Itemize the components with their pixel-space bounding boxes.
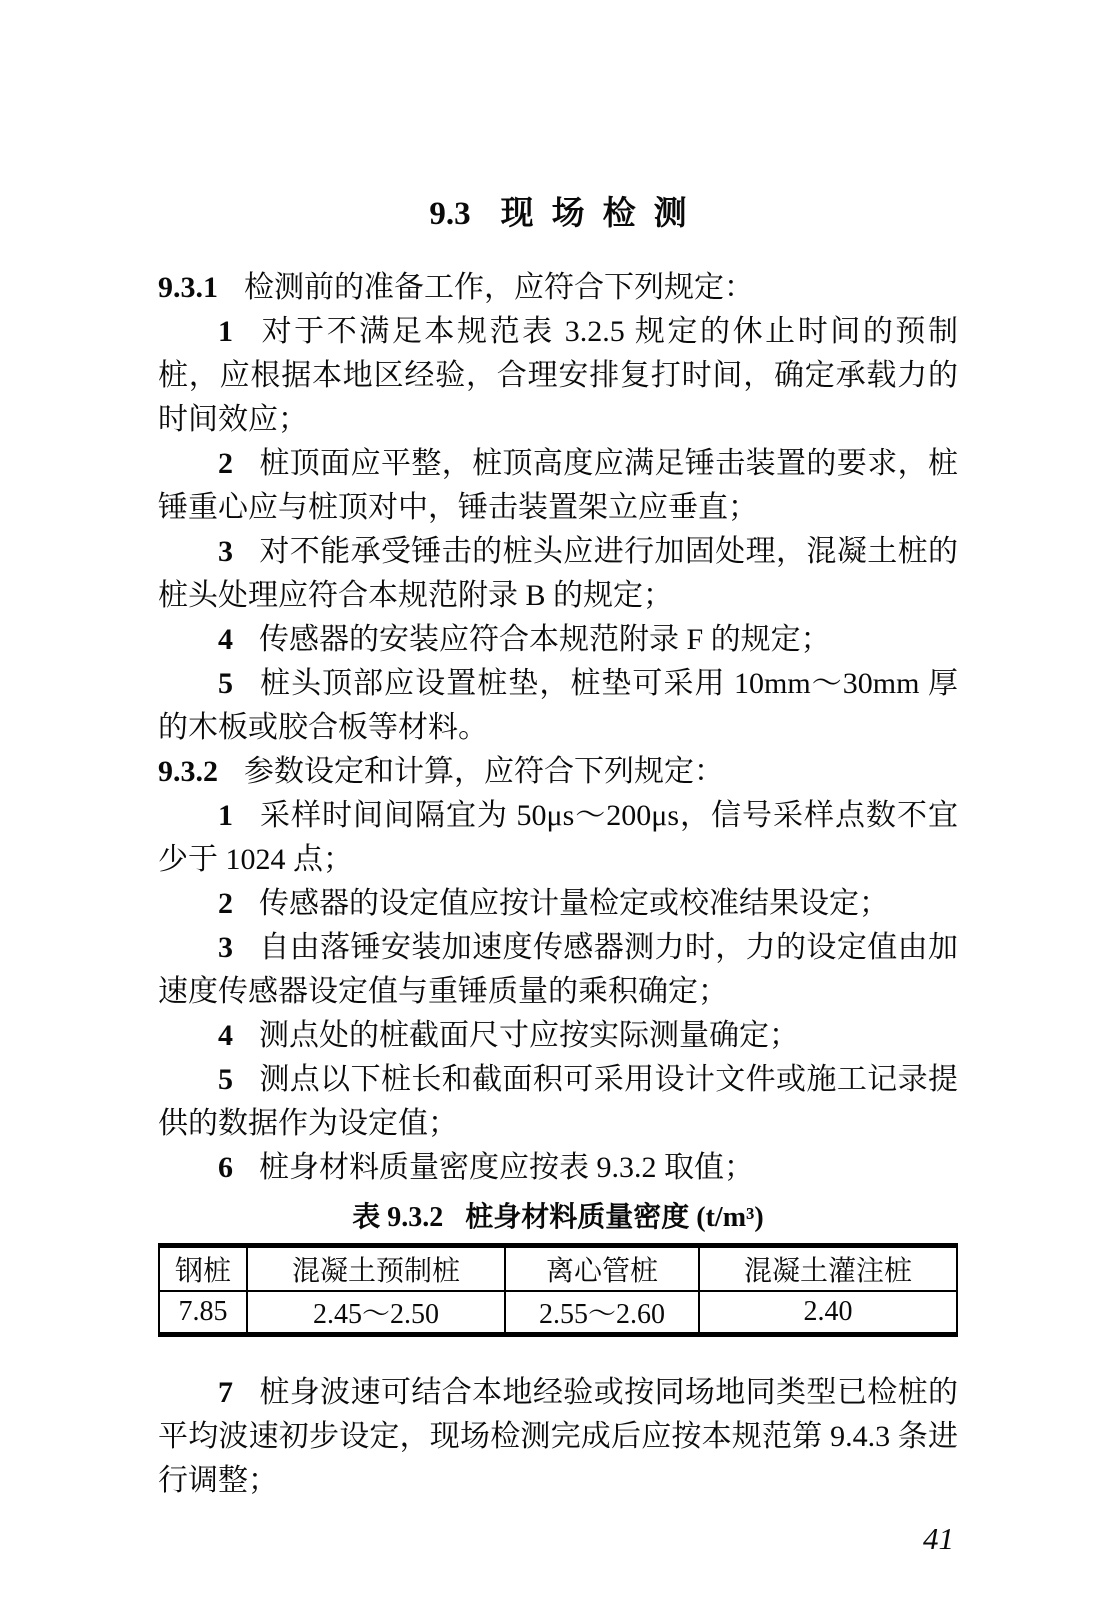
clause-number: 9.3.2 <box>158 755 218 788</box>
item-number: 6 <box>218 1151 233 1184</box>
item-number: 3 <box>218 931 233 964</box>
section-title-text: 现场检测 <box>501 196 705 232</box>
item-number: 1 <box>218 799 233 832</box>
item-paragraph: 5桩头顶部应设置桩垫，桩垫可采用 10mm～30mm 厚的木板或胶合板等材料。 <box>158 662 958 750</box>
document-page-content: 9.3现场检测 9.3.1检测前的准备工作，应符合下列规定： 1对于不满足本规范… <box>158 196 958 1559</box>
density-table-value-cell: 7.85 <box>159 1291 247 1335</box>
item-paragraph: 4测点处的桩截面尺寸应按实际测量确定； <box>158 1014 958 1058</box>
item-text: 桩身材料质量密度应按表 9.3.2 取值； <box>259 1151 754 1184</box>
density-table-value-cell: 2.40 <box>699 1291 957 1335</box>
table-caption-title: 桩身材料质量密度 (t/m³) <box>465 1202 763 1233</box>
item-paragraph: 7桩身波速可结合本地经验或按同场地同类型已检桩的平均波速初步设定，现场检测完成后… <box>158 1371 958 1503</box>
item-paragraph: 2桩顶面应平整，桩顶高度应满足锤击装置的要求，桩锤重心应与桩顶对中，锤击装置架立… <box>158 442 958 530</box>
density-table-value-cell: 2.55～2.60 <box>505 1291 699 1335</box>
item-paragraph: 2传感器的设定值应按计量检定或校准结果设定； <box>158 882 958 926</box>
item-text: 对不能承受锤击的桩头应进行加固处理，混凝土桩的桩头处理应符合本规范附录 B 的规… <box>158 535 958 612</box>
item-paragraph: 5测点以下桩长和截面积可采用设计文件或施工记录提供的数据作为设定值； <box>158 1058 958 1146</box>
density-table-header-cell: 混凝土灌注桩 <box>699 1246 957 1292</box>
item-text: 传感器的安装应符合本规范附录 F 的规定； <box>259 623 831 656</box>
section-title: 9.3现场检测 <box>158 196 958 232</box>
item-text: 测点处的桩截面尺寸应按实际测量确定； <box>259 1019 799 1052</box>
density-table-value-cell: 2.45～2.50 <box>247 1291 505 1335</box>
item-number: 4 <box>218 623 233 656</box>
clause-number: 9.3.1 <box>158 271 218 304</box>
item-number: 4 <box>218 1019 233 1052</box>
item-text: 采样时间间隔宜为 50μs～200μs，信号采样点数不宜少于 1024 点； <box>158 799 958 876</box>
table-caption-label: 表 9.3.2 <box>352 1202 443 1233</box>
item-number: 5 <box>218 667 233 700</box>
item-number: 2 <box>218 447 233 480</box>
item-text: 对于不满足本规范表 3.2.5 规定的休止时间的预制桩，应根据本地区经验，合理安… <box>158 315 958 436</box>
item-text: 桩头顶部应设置桩垫，桩垫可采用 10mm～30mm 厚的木板或胶合板等材料。 <box>158 667 958 744</box>
item-paragraph: 3对不能承受锤击的桩头应进行加固处理，混凝土桩的桩头处理应符合本规范附录 B 的… <box>158 530 958 618</box>
section-title-number: 9.3 <box>429 196 470 232</box>
density-table: 钢桩 混凝土预制桩 离心管桩 混凝土灌注桩 7.85 2.45～2.50 2.5… <box>158 1243 958 1337</box>
item-paragraph: 4传感器的安装应符合本规范附录 F 的规定； <box>158 618 958 662</box>
item-number: 3 <box>218 535 233 568</box>
item-text: 自由落锤安装加速度传感器测力时，力的设定值由加速度传感器设定值与重锤质量的乘积确… <box>158 931 958 1008</box>
item-paragraph: 3自由落锤安装加速度传感器测力时，力的设定值由加速度传感器设定值与重锤质量的乘积… <box>158 926 958 1014</box>
item-paragraph: 1采样时间间隔宜为 50μs～200μs，信号采样点数不宜少于 1024 点； <box>158 794 958 882</box>
density-table-header-cell: 钢桩 <box>159 1246 247 1292</box>
clause-paragraph: 9.3.2参数设定和计算，应符合下列规定： <box>158 750 958 794</box>
item-text: 测点以下桩长和截面积可采用设计文件或施工记录提供的数据作为设定值； <box>158 1063 958 1140</box>
item-text: 桩身波速可结合本地经验或按同场地同类型已检桩的平均波速初步设定，现场检测完成后应… <box>158 1376 958 1497</box>
clause-text: 检测前的准备工作，应符合下列规定： <box>244 271 754 304</box>
item-paragraph: 1对于不满足本规范表 3.2.5 规定的休止时间的预制桩，应根据本地区经验，合理… <box>158 310 958 442</box>
table-caption: 表 9.3.2桩身材料质量密度 (t/m³) <box>158 1202 958 1234</box>
page-number: 41 <box>158 1519 958 1559</box>
item-text: 桩顶面应平整，桩顶高度应满足锤击装置的要求，桩锤重心应与桩顶对中，锤击装置架立应… <box>158 447 958 524</box>
item-number: 2 <box>218 887 233 920</box>
item-number: 1 <box>218 315 233 348</box>
item-number: 7 <box>218 1376 233 1409</box>
clause-paragraph: 9.3.1检测前的准备工作，应符合下列规定： <box>158 266 958 310</box>
density-table-header-cell: 离心管桩 <box>505 1246 699 1292</box>
clause-text: 参数设定和计算，应符合下列规定： <box>244 755 724 788</box>
density-table-value-row: 7.85 2.45～2.50 2.55～2.60 2.40 <box>159 1291 957 1335</box>
density-table-header-row: 钢桩 混凝土预制桩 离心管桩 混凝土灌注桩 <box>159 1246 957 1292</box>
item-text: 传感器的设定值应按计量检定或校准结果设定； <box>259 887 889 920</box>
item-number: 5 <box>218 1063 233 1096</box>
density-table-header-cell: 混凝土预制桩 <box>247 1246 505 1292</box>
item-paragraph: 6桩身材料质量密度应按表 9.3.2 取值； <box>158 1146 958 1190</box>
